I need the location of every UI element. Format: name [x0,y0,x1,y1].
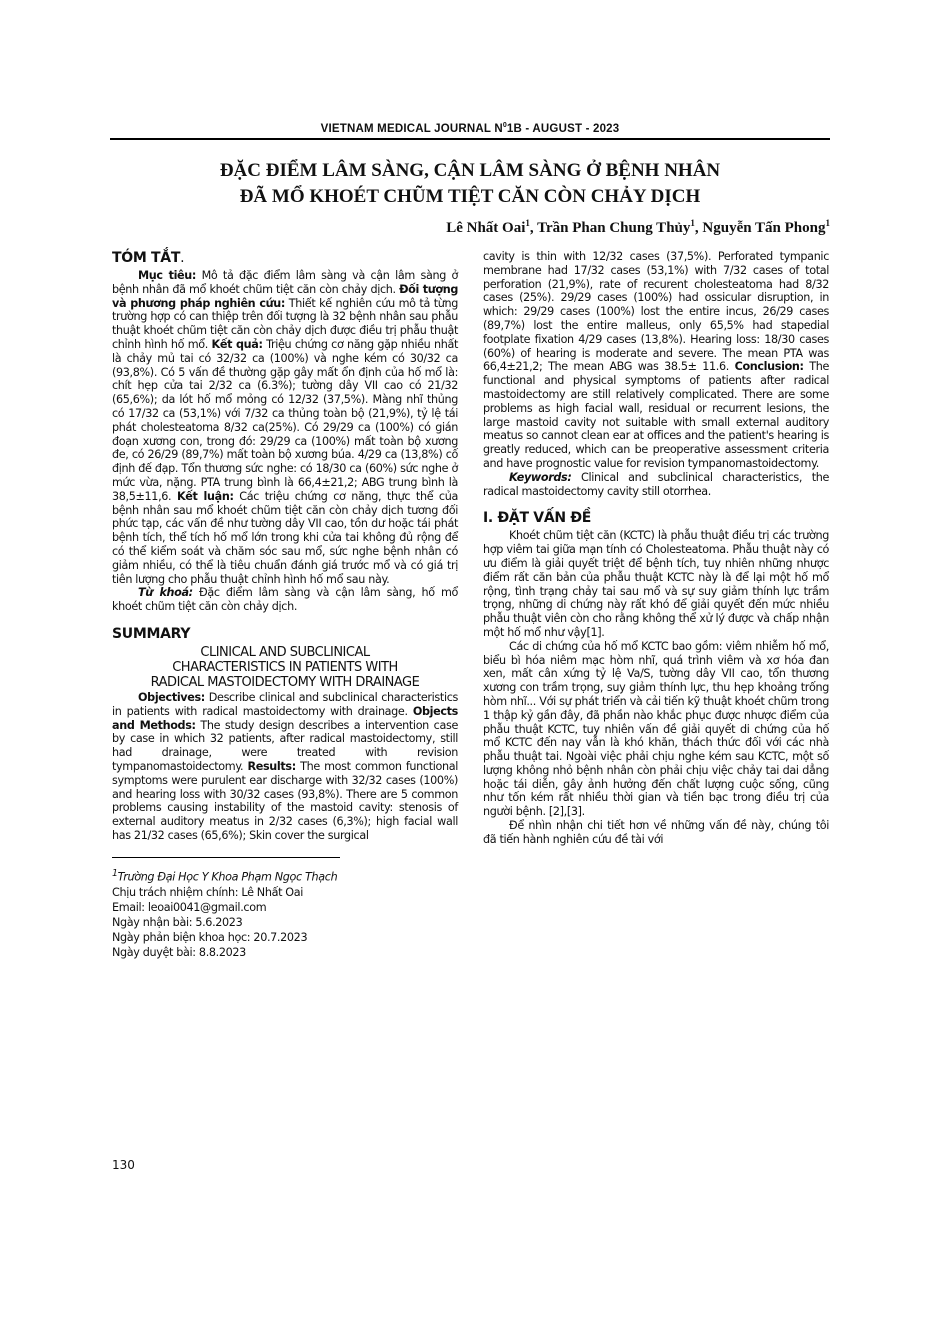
section-1-heading: I. ĐẶT VẤN ĐỀ [483,510,829,527]
summary-body-left: Objectives: Describe clinical and subcli… [112,691,458,843]
summary-heading: SUMMARY [112,626,458,643]
summary-body-right: cavity is thin with 12/32 cases (37,5%).… [483,250,829,471]
keywords-en: Keywords: Clinical and subclinical chara… [483,471,829,499]
heading-dot: . [180,250,184,266]
conclusion-text: Các triệu chứng cơ năng, thực thể của bệ… [112,490,458,586]
summary-title-line-3: RADICAL MASTOIDECTOMY WITH DRAINAGE [112,675,458,690]
page-number: 130 [112,1158,135,1172]
title-line-1: ĐẶC ĐIỂM LÂM SÀNG, CẬN LÂM SÀNG Ở BỆNH N… [110,158,830,184]
right-column: cavity is thin with 12/32 cases (37,5%).… [483,250,829,847]
date-received: Ngày nhận bài: 5.6.2023 [112,915,458,930]
journal-name-suffix: 1B - AUGUST - 2023 [507,123,619,135]
footnotes: 1Trường Đại Học Y Khoa Phạm Ngọc Thạch C… [112,866,458,960]
keywords-vi: Từ khoá: Đặc điểm lâm sàng và cận lâm sà… [112,586,458,614]
results-text: Triệu chứng cơ năng gặp nhiều nhất là ch… [112,338,458,503]
conclusion-label: Kết luận: [177,490,234,503]
journal-page: VIETNAM MEDICAL JOURNAL N01B - AUGUST - … [0,0,942,1333]
keywords-vi-label: Từ khoá: [138,586,193,599]
title-line-2: ĐÃ MỔ KHOÉT CHŨM TIỆT CĂN CÒN CHẢY DỊCH [110,184,830,210]
author-name: Trần Phan Chung Thủy [537,220,690,236]
en-results-label: Results: [247,760,295,773]
summary-title: CLINICAL AND SUBCLINICAL CHARACTERISTICS… [112,645,458,690]
section-1-paragraph: Khoét chũm tiệt căn (KCTC) là phẫu thuật… [483,529,829,639]
running-header: VIETNAM MEDICAL JOURNAL N01B - AUGUST - … [110,122,830,135]
objective-label: Mục tiêu: [138,269,196,282]
keywords-en-label: Keywords: [509,471,571,484]
email: Email: leoai0041@gmail.com [112,900,458,915]
en-conclusion-text: The functional and physical symptoms of … [483,360,829,470]
section-1-paragraph: Các di chứng của hố mổ KCTC bao gồm: viê… [483,640,829,819]
journal-name-prefix: VIETNAM MEDICAL JOURNAL N [321,123,503,135]
author-name: Lê Nhất Oai [446,220,525,236]
summary-title-line-1: CLINICAL AND SUBCLINICAL [112,645,458,660]
section-1-paragraph: Để nhìn nhận chi tiết hơn về những vấn đ… [483,819,829,847]
abstract-vi-body: Mục tiêu: Mô tả đặc điểm lâm sàng và cận… [112,269,458,586]
author-list: Lê Nhất Oai1, Trần Phan Chung Thủy1, Ngu… [110,218,830,237]
abstract-vi-heading-text: TÓM TẮT [112,250,180,266]
abstract-vi-heading: TÓM TẮT. [112,250,458,267]
article-title: ĐẶC ĐIỂM LÂM SÀNG, CẬN LÂM SÀNG Ở BỆNH N… [110,158,830,210]
en-conclusion-label: Conclusion: [735,360,804,373]
affiliation-text: Trường Đại Học Y Khoa Phạm Ngọc Thạch [118,871,338,884]
left-column: TÓM TẮT. Mục tiêu: Mô tả đặc điểm lâm sà… [112,250,458,960]
results-label: Kết quả: [212,338,263,351]
date-reviewed: Ngày phản biện khoa học: 20.7.2023 [112,930,458,945]
author-affiliation-sup: 1 [826,218,831,228]
objectives-label: Objectives: [138,691,205,704]
date-accepted: Ngày duyệt bài: 8.8.2023 [112,945,458,960]
footnote-rule [112,857,340,859]
corresponding-author: Chịu trách nhiệm chính: Lê Nhất Oai [112,885,458,900]
author-name: Nguyễn Tấn Phong [702,220,825,236]
en-results-text-right: cavity is thin with 12/32 cases (37,5%).… [483,250,829,373]
summary-title-line-2: CHARACTERISTICS IN PATIENTS WITH [112,660,458,675]
affiliation-footnote: 1Trường Đại Học Y Khoa Phạm Ngọc Thạch [112,866,458,885]
header-rule [110,138,830,140]
